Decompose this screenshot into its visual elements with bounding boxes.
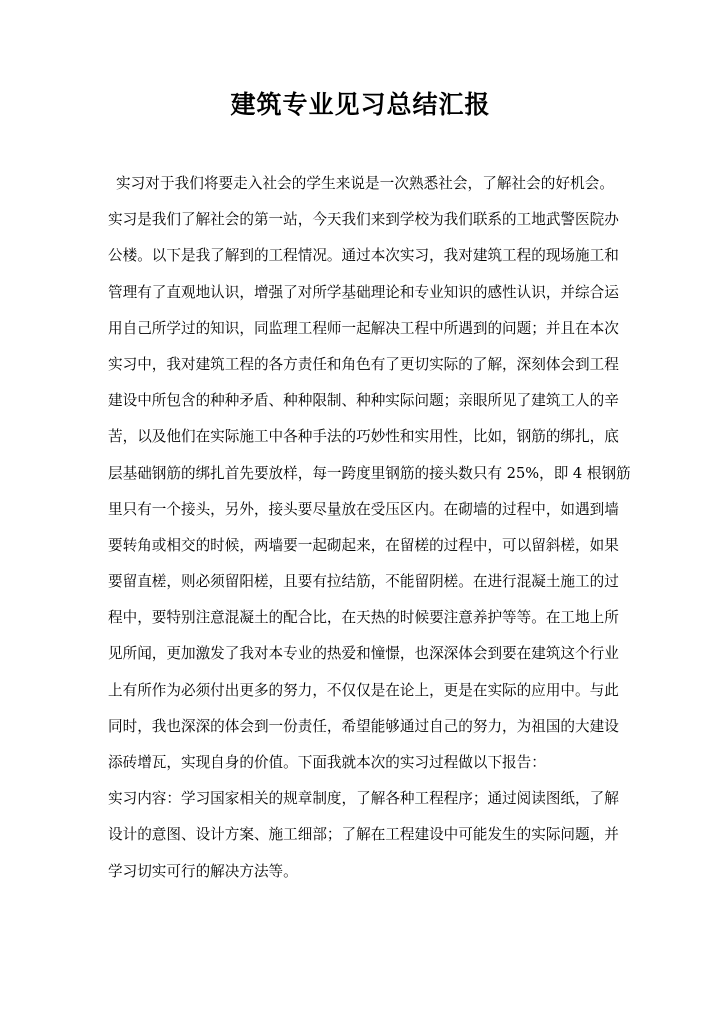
paragraph-line: 实习对于我们将要走入社会的学生来说是一次熟悉社会，了解社会的好机会。 — [108, 166, 614, 202]
paragraph-line: 要转角或相交的时候，两墙要一起砌起来，在留槎的过程中，可以留斜槎，如果 — [108, 528, 614, 564]
paragraph-line: 见所闻，更加激发了我对本专业的热爱和憧憬，也深深体会到要在建筑这个行业 — [108, 636, 614, 672]
paragraph-line: 实习是我们了解社会的第一站，今天我们来到学校为我们联系的工地武警医院办 — [108, 202, 614, 238]
paragraph-line: 实习内容：学习国家相关的规章制度，了解各种工程程序；通过阅读图纸，了解 — [108, 781, 614, 817]
paragraph-line: 学习切实可行的解决方法等。 — [108, 854, 614, 890]
paragraph-line: 设计的意图、设计方案、施工细部；了解在工程建设中可能发生的实际问题，并 — [108, 817, 614, 853]
paragraph-line: 层基础钢筋的绑扎首先要放样，每一跨度里钢筋的接头数只有 25%，即 4 根钢筋 — [108, 456, 614, 492]
paragraph-line: 实习中，我对建筑工程的各方责任和角色有了更切实际的了解，深刻体会到工程 — [108, 347, 614, 383]
paragraph-line: 里只有一个接头，另外，接头要尽量放在受压区内。在砌墙的过程中，如遇到墙 — [108, 492, 614, 528]
document-body: 实习对于我们将要走入社会的学生来说是一次熟悉社会，了解社会的好机会。 实习是我们… — [108, 166, 614, 890]
document-page: 建筑专业见习总结汇报 实习对于我们将要走入社会的学生来说是一次熟悉社会，了解社会… — [0, 0, 721, 1020]
paragraph-line: 要留直槎，则必须留阳槎，且要有拉结筋，不能留阴槎。在进行混凝土施工的过 — [108, 564, 614, 600]
paragraph-line: 建设中所包含的种种矛盾、种种限制、种种实际问题；亲眼所见了建筑工人的辛 — [108, 383, 614, 419]
paragraph-line: 管理有了直观地认识，增强了对所学基础理论和专业知识的感性认识，并综合运 — [108, 275, 614, 311]
paragraph-line: 用自己所学过的知识，同监理工程师一起解决工程中所遇到的问题；并且在本次 — [108, 311, 614, 347]
document-title: 建筑专业见习总结汇报 — [0, 88, 721, 122]
paragraph-line: 苦，以及他们在实际施工中各种手法的巧妙性和实用性，比如，钢筋的绑扎，底 — [108, 419, 614, 455]
paragraph-line: 同时，我也深深的体会到一份责任，希望能够通过自己的努力，为祖国的大建设 — [108, 709, 614, 745]
paragraph-line: 程中，要特别注意混凝土的配合比，在天热的时候要注意养护等等。在工地上所 — [108, 600, 614, 636]
paragraph-line: 上有所作为必须付出更多的努力，不仅仅是在论上，更是在实际的应用中。与此 — [108, 673, 614, 709]
paragraph-line: 添砖增瓦，实现自身的价值。下面我就本次的实习过程做以下报告： — [108, 745, 614, 781]
paragraph-line: 公楼。以下是我了解到的工程情况。通过本次实习，我对建筑工程的现场施工和 — [108, 238, 614, 274]
